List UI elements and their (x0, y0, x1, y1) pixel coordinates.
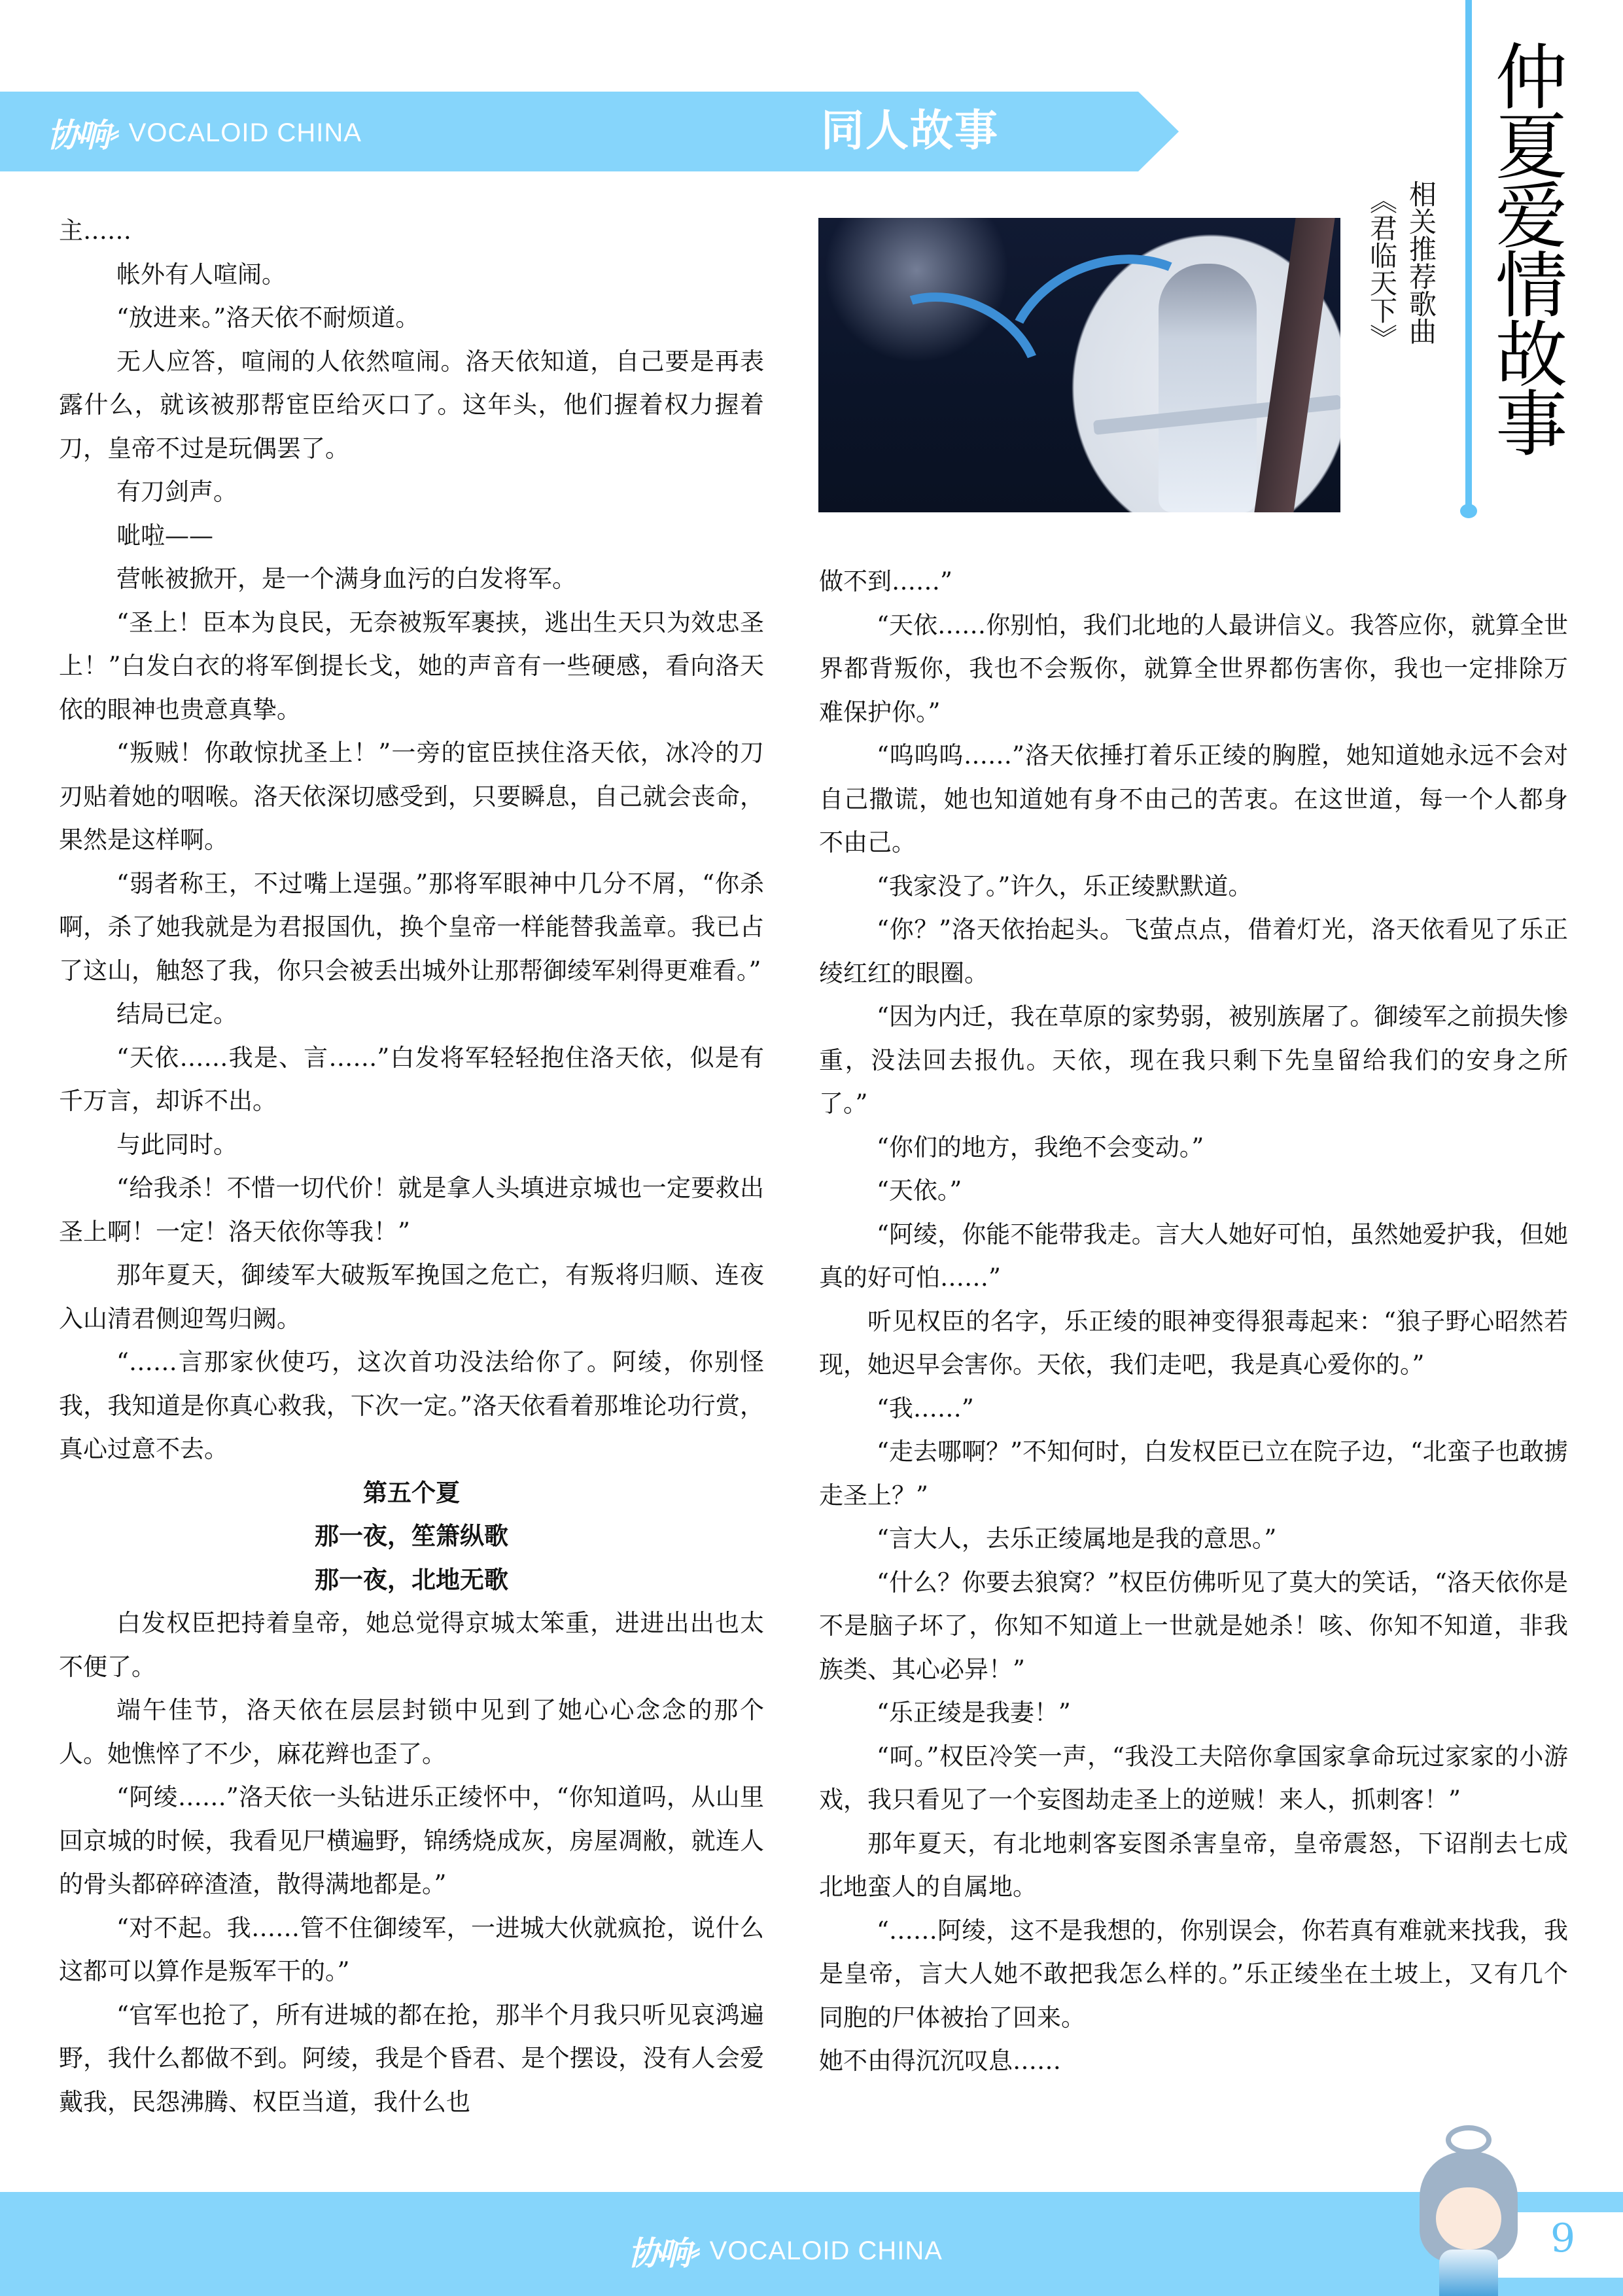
paragraph: “……阿绫，这不是我想的，你别误会，你若真有难就来找我，我是皇帝，言大人她不敢把… (819, 1909, 1568, 2040)
paragraph: 听见权臣的名字，乐正绫的眼神变得狠毒起来：“狼子野心昭然若现，她迟早会害你。天依… (819, 1300, 1568, 1387)
wing-icon: ⸗ (691, 2234, 701, 2268)
paragraph: “官军也抢了，所有进城的都在抢，那半个月我只听见哀鸿遍野，我什么都做不到。阿绫，… (59, 1994, 764, 2125)
header-brand-logo: 协响 ⸗ VOCALOID CHINA (47, 110, 362, 156)
paragraph: “你？”洛天依抬起头。飞萤点点，借着灯光，洛天依看见了乐正绫红红的眼圈。 (819, 908, 1568, 995)
paragraph: “弱者称王，不过嘴上逞强。”那将军眼神中几分不屑，“你杀啊，杀了她我就是为君报国… (59, 862, 764, 993)
tree-shape (1254, 218, 1335, 512)
paragraph: 有刀剑声。 (59, 470, 764, 514)
paragraph: “……言那家伙使巧，这次首功没法给你了。阿绫，你别怪我，我知道是你真心救我，下次… (59, 1341, 764, 1472)
article-right-column: 做不到……” “天依……你别怕，我们北地的人最讲信义。我答应你，就算全世界都背叛… (819, 560, 1568, 2083)
paragraph: 主…… (59, 209, 764, 253)
paragraph: 那年夏天，御绫军大破叛军挽国之危亡，有叛将归顺、连夜入山清君侧迎驾归阙。 (59, 1254, 764, 1341)
paragraph: “给我杀！不惜一切代价！就是拿人头填进京城也一定要救出圣上啊！一定！洛天依你等我… (59, 1167, 764, 1254)
paragraph: 做不到……” (819, 560, 1568, 604)
footer-brand-logo: 协响 ⸗ VOCALOID CHINA (628, 2225, 943, 2277)
paragraph: “呵。”权臣冷笑一声，“我没工夫陪你拿国家拿命玩过家家的小游戏，我只看见了一个妄… (819, 1735, 1568, 1822)
paragraph: “呜呜呜……”洛天依捶打着乐正绫的胸膛，她知道她永远不会对自己撒谎，她也知道她有… (819, 734, 1568, 865)
article-title: 仲夏爱情故事 (1492, 39, 1563, 455)
chapter-subheading: 那一夜，北地无歌 (59, 1559, 764, 1602)
paragraph: “天依……你别怕，我们北地的人最讲信义。我答应你，就算全世界都背叛你，我也不会叛… (819, 604, 1568, 735)
brand-logo-en: VOCALOID CHINA (129, 118, 362, 148)
paragraph: “走去哪啊？”不知何时，白发权臣已立在院子边，“北蛮子也敢掳走圣上？” (819, 1430, 1568, 1517)
paragraph: 端午佳节，洛天依在层层封锁中见到了她心心念念的那个人。她憔悴了不少，麻花辫也歪了… (59, 1689, 764, 1776)
paragraph: 无人应答，喧闹的人依然喧闹。洛天依知道，自己要是再表露什么，就该被那帮宦臣给灭口… (59, 340, 764, 471)
paragraph: 与此同时。 (59, 1123, 764, 1167)
recommend-song: 《君临天下》 (1367, 186, 1396, 351)
paragraph: 营帐被掀开，是一个满身血污的白发将军。 (59, 557, 764, 601)
figure-shape (1159, 264, 1257, 512)
chapter-heading: 第五个夏 (59, 1472, 764, 1515)
paragraph: 白发权臣把持着皇帝，她总觉得京城太笨重，进进出出也太不便了。 (59, 1602, 764, 1689)
paragraph: “天依……我是、言……”白发将军轻轻抱住洛天依，似是有千万言，却诉不出。 (59, 1036, 764, 1123)
brand-logo-cn: 协响 (47, 109, 107, 156)
paragraph: “乐正绫是我妻！” (819, 1691, 1568, 1735)
paragraph: “你们的地方，我绝不会变动。” (819, 1126, 1568, 1170)
article-left-column: 主…… 帐外有人喧闹。 “放进来。”洛天依不耐烦道。 无人应答，喧闹的人依然喧闹… (59, 209, 764, 2124)
face-shape (1436, 2187, 1501, 2250)
brand-logo-en: VOCALOID CHINA (710, 2236, 943, 2266)
page-number: 9 (1550, 2216, 1575, 2261)
dress-shape (1439, 2250, 1498, 2296)
hair-bow-shape (1446, 2125, 1492, 2155)
wing-icon: ⸗ (110, 116, 120, 150)
title-divider-line (1465, 0, 1472, 514)
paragraph: “阿绫……”洛天依一头钻进乐正绫怀中，“你知道吗，从山里回京城的时候，我看见尸横… (59, 1776, 764, 1907)
paragraph: 呲啦—— (59, 514, 764, 558)
title-divider-dot (1460, 504, 1477, 518)
paragraph: “言大人，去乐正绫属地是我的意思。” (819, 1517, 1568, 1561)
paragraph: “我家没了。”许久，乐正绫默默道。 (819, 865, 1568, 909)
paragraph: “什么？你要去狼窝？”权臣仿佛听见了莫大的笑话，“洛天依你是不是脑子坏了，你知不… (819, 1561, 1568, 1692)
paragraph: “圣上！臣本为良民，无奈被叛军裹挟，逃出生天只为效忠圣上！”白发白衣的将军倒提长… (59, 601, 764, 732)
chapter-subheading: 那一夜，笙箫纵歌 (59, 1515, 764, 1559)
illustration-image (818, 218, 1340, 512)
paragraph: “天依。” (819, 1169, 1568, 1213)
section-title: 同人故事 (821, 105, 999, 157)
paragraph: “阿绫，你能不能带我走。言大人她好可怕，虽然她爱护我，但她真的好可怕……” (819, 1213, 1568, 1300)
brand-logo-cn: 协响 (628, 2227, 688, 2274)
paragraph: “对不起。我……管不住御绫军，一进城大伙就疯抢，说什么这都可以算作是叛军干的。” (59, 1907, 764, 1994)
paragraph: “因为内迁，我在草原的家势弱，被别族屠了。御绫军之前损失惨重，没法回去报仇。天依… (819, 995, 1568, 1126)
paragraph: “我……” (819, 1387, 1568, 1431)
paragraph: 结局已定。 (59, 993, 764, 1036)
mascot-character-icon (1406, 2125, 1531, 2296)
paragraph: “叛贼！你敢惊扰圣上！”一旁的宦臣挟住洛天依，冰冷的刀刃贴着她的咽喉。洛天依深切… (59, 732, 764, 862)
recommend-label: 相关推荐歌曲 (1406, 180, 1435, 345)
paragraph: “放进来。”洛天依不耐烦道。 (59, 296, 764, 340)
paragraph: 那年夏天，有北地刺客妄图杀害皇帝，皇帝震怒，下诏削去七成北地蛮人的自属地。 (819, 1822, 1568, 1909)
paragraph: 帐外有人喧闹。 (59, 253, 764, 297)
paragraph: 她不由得沉沉叹息…… (819, 2040, 1568, 2083)
